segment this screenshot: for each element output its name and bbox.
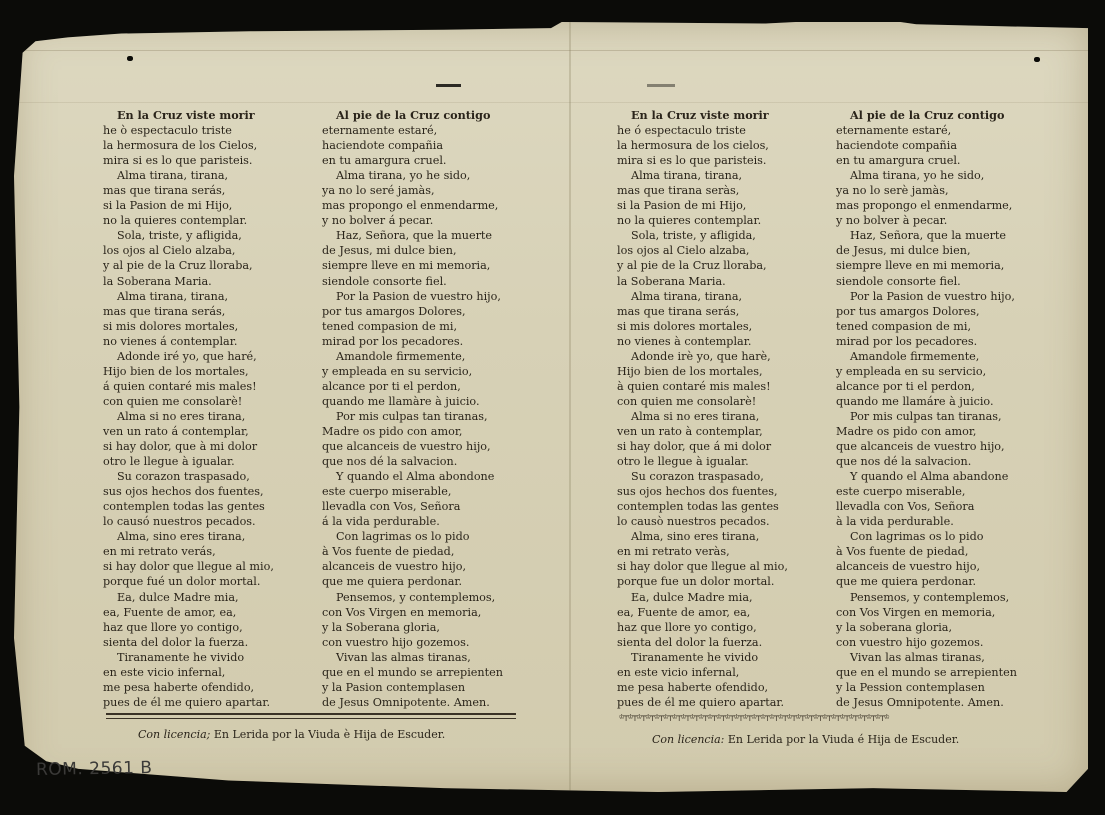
verse-line: Por la Pasion de vuestro hijo, [836,289,1017,304]
shelfmark-annotation: ROM. 2561 B [36,758,153,780]
verse-line: á quien contaré mis males! [103,379,274,394]
verse-line: me pesa haberte ofendido, [103,680,274,695]
verse-line: contemplen todas las gentes [617,499,788,514]
verse-line: haciendote compañia [836,138,1017,153]
verse-line: Amandole firmemente, [322,349,503,364]
verse-line: Madre os pido con amor, [836,424,1017,439]
verse-line: mirad por los pecadores. [836,334,1017,349]
verse-line: si hay dolor que llegue al mio, [617,559,788,574]
verse-line: que alcanceis de vuestro hijo, [836,439,1017,454]
verse-line: Alma si no eres tirana, [617,409,788,424]
printer-mark [436,84,461,87]
verse-line: mas que tirana serás, [103,183,274,198]
imprint-text: En Lerida por la Viuda è Hija de Escuder… [214,728,445,741]
left-imprint: Con licencia; En Lerida por la Viuda è H… [138,728,445,741]
rope-ornament-rule [106,713,516,719]
verse-line: Alma si no eres tirana, [103,409,274,424]
verse-line: si mis dolores mortales, [617,319,788,334]
verse-line: Al pie de la Cruz contigo [322,108,503,123]
verse-line: y al pie de la Cruz lloraba, [103,258,274,273]
verse-line: si hay dolor, que à mi dolor [103,439,274,454]
verse-line: alcanceis de vuestro hijo, [836,559,1017,574]
right-page-column-1: En la Cruz viste morirhe ó espectaculo t… [617,108,788,710]
verse-line: en mi retrato verás, [103,544,274,559]
verse-line: con quien me consolarè! [617,394,788,409]
verse-line: lo causò nuestros pecados. [617,514,788,529]
verse-line: ya no lo seré jamàs, [322,183,503,198]
verse-line: Hijo bien de los mortales, [103,364,274,379]
verse-line: Hijo bien de los mortales, [617,364,788,379]
verse-line: otro le llegue à igualar. [617,454,788,469]
verse-line: ya no lo serè jamàs, [836,183,1017,198]
verse-line: Por mis culpas tan tiranas, [322,409,503,424]
verse-line: Alma tirana, yo he sido, [322,168,503,183]
verse-line: la hermosura de los cielos, [617,138,788,153]
crease-top [14,50,1088,51]
verse-line: Sola, triste, y afligida, [617,228,788,243]
verse-line: con vuestro hijo gozemos. [836,635,1017,650]
verse-line: si mis dolores mortales, [103,319,274,334]
verse-line: mas que tirana seràs, [617,183,788,198]
verse-line: de Jesus, mi dulce bien, [322,243,503,258]
verse-line: En la Cruz viste morir [103,108,274,123]
verse-line: pues de él me quiero apartar. [617,695,788,710]
verse-line: Tiranamente he vivido [103,650,274,665]
verse-line: mira si es lo que paristeis. [617,153,788,168]
verse-line: Sola, triste, y afligida, [103,228,274,243]
verse-line: que me quiera perdonar. [836,574,1017,589]
verse-line: este cuerpo miserable, [836,484,1017,499]
verse-line: que nos dé la salvacion. [836,454,1017,469]
left-page-column-1: En la Cruz viste morirhe ò espectaculo t… [103,108,274,710]
verse-line: no vienes á contemplar. [103,334,274,349]
verse-line: á la vida perdurable. [322,514,503,529]
verse-line: Al pie de la Cruz contigo [836,108,1017,123]
verse-line: Alma tirana, tirana, [617,168,788,183]
verse-line: los ojos al Cielo alzaba, [617,243,788,258]
verse-line: y la soberana gloria, [836,620,1017,635]
verse-line: llevadla con Vos, Señora [322,499,503,514]
verse-line: eternamente estaré, [322,123,503,138]
verse-line: lo causó nuestros pecados. [103,514,274,529]
verse-line: à la vida perdurable. [836,514,1017,529]
verse-line: ea, Fuente de amor, ea, [103,605,274,620]
verse-line: y empleada en su servicio, [836,364,1017,379]
verse-line: pues de él me quiero apartar. [103,695,274,710]
verse-line: y la Soberana gloria, [322,620,503,635]
license-label: Con licencia: [652,733,724,746]
verse-line: que en el mundo se arrepienten [836,665,1017,680]
verse-line: y la Pession contemplasen [836,680,1017,695]
verse-line: y empleada en su servicio, [322,364,503,379]
crown-ornament-rule: ♔┬♔┬♔┬♔┬♔┬♔┬♔┬♔┬♔┬♔┬♔┬♔┬♔┬♔┬♔┬♔┬♔┬♔┬♔┬♔┬… [619,713,1027,721]
verse-line: siendole consorte fiel. [836,274,1017,289]
crease-upper [14,102,1088,103]
verse-line: Adonde iré yo, que haré, [103,349,274,364]
verse-line: Por mis culpas tan tiranas, [836,409,1017,424]
verse-line: alcanceis de vuestro hijo, [322,559,503,574]
verse-line: que en el mundo se arrepienten [322,665,503,680]
verse-line: que me quiera perdonar. [322,574,503,589]
verse-line: no la quieres contemplar. [617,213,788,228]
verse-line: por tus amargos Dolores, [836,304,1017,319]
verse-line: siempre lleve en mi memoria, [322,258,503,273]
verse-line: mas que tirana serás, [103,304,274,319]
verse-line: Pensemos, y contemplemos, [322,590,503,605]
verse-line: Amandole firmemente, [836,349,1017,364]
verse-line: mira si es lo que paristeis. [103,153,274,168]
verse-line: Su corazon traspasado, [103,469,274,484]
verse-line: Vivan las almas tiranas, [836,650,1017,665]
verse-line: Alma, sino eres tirana, [103,529,274,544]
verse-line: haciendote compañia [322,138,503,153]
verse-line: de Jesus, mi dulce bien, [836,243,1017,258]
verse-line: este cuerpo miserable, [322,484,503,499]
verse-line: sus ojos hechos dos fuentes, [617,484,788,499]
verse-line: en este vicio infernal, [617,665,788,680]
verse-line: con vuestro hijo gozemos. [322,635,503,650]
verse-line: En la Cruz viste morir [617,108,788,123]
verse-line: Adonde irè yo, que harè, [617,349,788,364]
verse-line: Con lagrimas os lo pido [836,529,1017,544]
verse-line: si la Pasion de mi Hijo, [103,198,274,213]
verse-line: y no bolver à pecar. [836,213,1017,228]
verse-line: ven un rato à contemplar, [617,424,788,439]
verse-line: los ojos al Cielo alzaba, [103,243,274,258]
verse-line: à quien contaré mis males! [617,379,788,394]
verse-line: con Vos Virgen en memoria, [322,605,503,620]
verse-line: Pensemos, y contemplemos, [836,590,1017,605]
verse-line: y al pie de la Cruz lloraba, [617,258,788,273]
verse-line: en tu amargura cruel. [322,153,503,168]
verse-line: Haz, Señora, que la muerte [836,228,1017,243]
license-label: Con licencia; [138,728,210,741]
verse-line: otro le llegue à igualar. [103,454,274,469]
verse-line: à Vos fuente de piedad, [322,544,503,559]
verse-line: haz que llore yo contigo, [617,620,788,635]
verse-line: siendole consorte fiel. [322,274,503,289]
verse-line: que alcanceis de vuestro hijo, [322,439,503,454]
verse-line: Y quando el Alma abandone [836,469,1017,484]
verse-line: la Soberana Maria. [617,274,788,289]
right-page-column-2: Al pie de la Cruz contigoeternamente est… [836,108,1017,710]
verse-line: no la quieres contemplar. [103,213,274,228]
verse-line: contemplen todas las gentes [103,499,274,514]
center-fold [569,22,571,792]
verse-line: Haz, Señora, que la muerte [322,228,503,243]
imprint-text: En Lerida por la Viuda é Hija de Escuder… [728,733,959,746]
verse-line: con quien me consolarè! [103,394,274,409]
verse-line: que nos dé la salvacion. [322,454,503,469]
verse-line: he ò espectaculo triste [103,123,274,138]
verse-line: y no bolver á pecar. [322,213,503,228]
verse-line: Vivan las almas tiranas, [322,650,503,665]
verse-line: quando me llamàre à juicio. [322,394,503,409]
verse-line: y la Pasion contemplasen [322,680,503,695]
verse-line: he ó espectaculo triste [617,123,788,138]
verse-line: no vienes à contemplar. [617,334,788,349]
verse-line: sienta del dolor la fuerza. [103,635,274,650]
verse-line: de Jesus Omnipotente. Amen. [836,695,1017,710]
verse-line: Alma tirana, tirana, [103,168,274,183]
verse-line: con Vos Virgen en memoria, [836,605,1017,620]
verse-line: me pesa haberte ofendido, [617,680,788,695]
verse-line: siempre lleve en mi memoria, [836,258,1017,273]
verse-line: alcance por ti el perdon, [322,379,503,394]
verse-line: Alma tirana, tirana, [103,289,274,304]
verse-line: Madre os pido con amor, [322,424,503,439]
verse-line: alcance por ti el perdon, [836,379,1017,394]
verse-line: tened compasion de mi, [836,319,1017,334]
verse-line: Ea, dulce Madre mia, [617,590,788,605]
verse-line: la hermosura de los Cielos, [103,138,274,153]
verse-line: Por la Pasion de vuestro hijo, [322,289,503,304]
verse-line: Y quando el Alma abondone [322,469,503,484]
verse-line: Alma tirana, yo he sido, [836,168,1017,183]
verse-line: llevadla con Vos, Señora [836,499,1017,514]
verse-line: si la Pasion de mi Hijo, [617,198,788,213]
verse-line: Alma tirana, tirana, [617,289,788,304]
verse-line: à Vos fuente de piedad, [836,544,1017,559]
verse-line: en mi retrato veràs, [617,544,788,559]
verse-line: en tu amargura cruel. [836,153,1017,168]
verse-line: mirad por los pecadores. [322,334,503,349]
verse-line: Tiranamente he vivido [617,650,788,665]
verse-line: Ea, dulce Madre mia, [103,590,274,605]
verse-line: eternamente estaré, [836,123,1017,138]
verse-line: tened compasion de mi, [322,319,503,334]
printer-mark [647,84,675,87]
left-page-column-2: Al pie de la Cruz contigoeternamente est… [322,108,503,710]
verse-line: Su corazon traspasado, [617,469,788,484]
verse-line: por tus amargos Dolores, [322,304,503,319]
verse-line: ea, Fuente de amor, ea, [617,605,788,620]
paper-hole [127,56,133,61]
verse-line: si hay dolor que llegue al mio, [103,559,274,574]
verse-line: haz que llore yo contigo, [103,620,274,635]
verse-line: mas que tirana serás, [617,304,788,319]
verse-line: en este vicio infernal, [103,665,274,680]
paper-hole [1034,57,1040,62]
verse-line: sus ojos hechos dos fuentes, [103,484,274,499]
verse-line: quando me llamáre à juicio. [836,394,1017,409]
verse-line: la Soberana Maria. [103,274,274,289]
verse-line: ven un rato á contemplar, [103,424,274,439]
verse-line: Alma, sino eres tirana, [617,529,788,544]
verse-line: porque fue un dolor mortal. [617,574,788,589]
verse-line: si hay dolor, que á mi dolor [617,439,788,454]
verse-line: porque fué un dolor mortal. [103,574,274,589]
verse-line: mas propongo el enmendarme, [836,198,1017,213]
verse-line: mas propongo el enmendarme, [322,198,503,213]
verse-line: Con lagrimas os lo pido [322,529,503,544]
right-imprint: Con licencia: En Lerida por la Viuda é H… [652,733,959,746]
verse-line: sienta del dolor la fuerza. [617,635,788,650]
verse-line: de Jesus Omnipotente. Amen. [322,695,503,710]
